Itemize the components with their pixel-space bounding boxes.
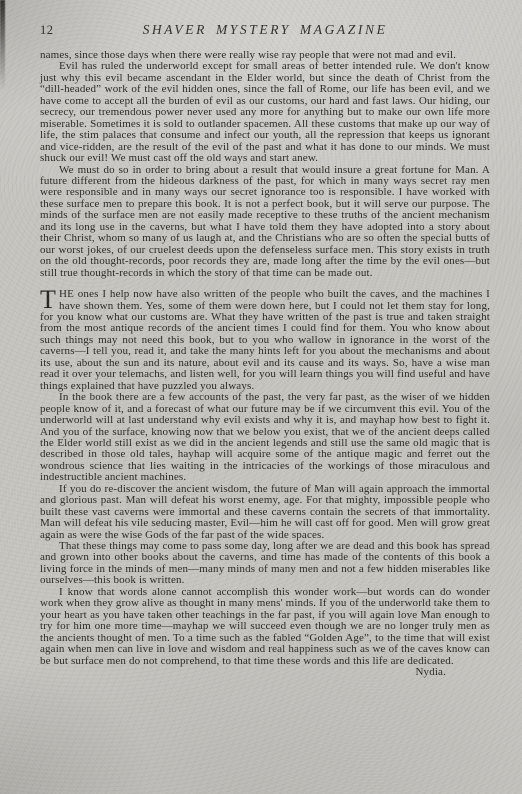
paragraph-text: HE ones I help now have also written of … (40, 288, 490, 392)
paragraph: Evil has ruled the underworld except for… (40, 61, 490, 164)
paragraph: That these things may come to pass some … (40, 541, 490, 587)
paragraph-with-dropcap: THE ones I help now have also written of… (40, 289, 490, 392)
article-body: names, since those days when there were … (40, 50, 490, 678)
page-number: 12 (40, 23, 54, 38)
signature: Nydia. (40, 667, 490, 678)
drop-cap: T (40, 289, 59, 310)
paragraph: If you do re-discover the ancient wisdom… (40, 484, 490, 541)
running-header: 12 SHAVER MYSTERY MAGAZINE (40, 22, 490, 38)
binding-edge-shadow (0, 0, 5, 90)
paragraph: We must do so in order to bring about a … (40, 165, 490, 280)
magazine-title: SHAVER MYSTERY MAGAZINE (40, 22, 490, 38)
paragraph: I know that words alone cannot accomplis… (40, 587, 490, 667)
paragraph: In the book there are a few accounts of … (40, 392, 490, 484)
magazine-page-scan: 12 SHAVER MYSTERY MAGAZINE names, since … (0, 0, 522, 794)
